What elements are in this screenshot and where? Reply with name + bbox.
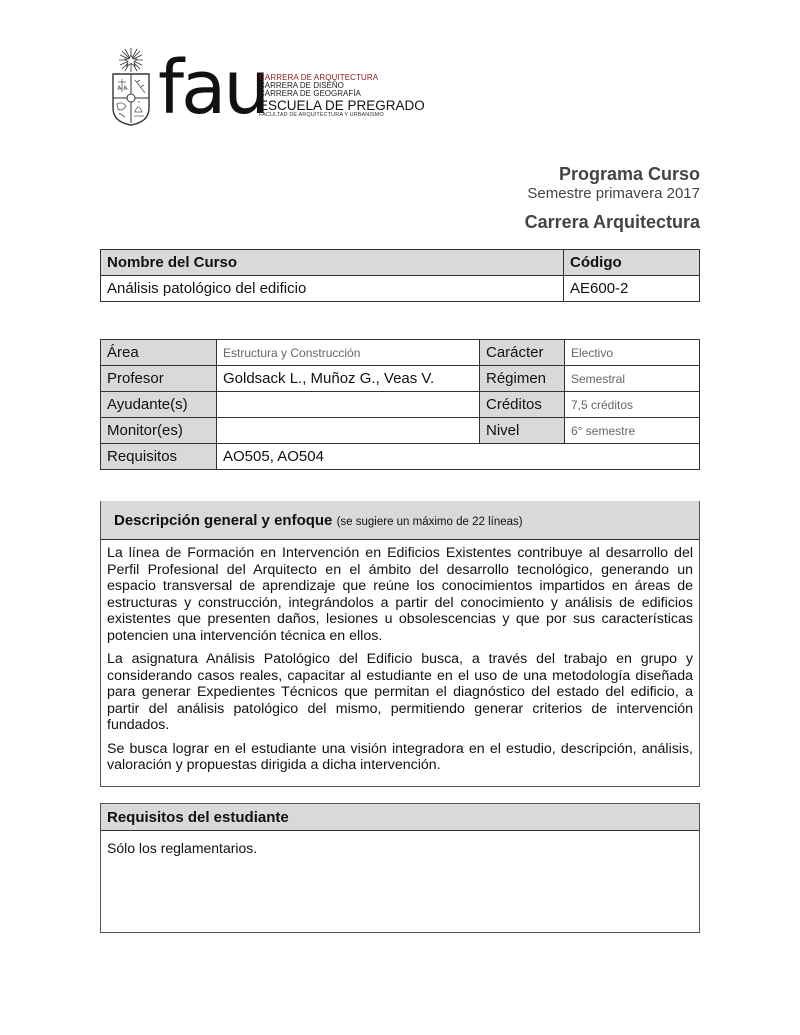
nivel-label: Nivel: [480, 418, 565, 444]
fau-wordmark: fau: [158, 48, 267, 128]
ayudante-label: Ayudante(s): [101, 392, 217, 418]
logo-line-escuela: ESCUELA DE PREGRADO: [259, 99, 425, 113]
description-note: (se sugiere un máximo de 22 líneas): [337, 516, 523, 528]
description-body: La línea de Formación en Intervención en…: [101, 540, 699, 774]
nivel-value: 6° semestre: [565, 418, 700, 444]
title-block: Programa Curso Semestre primavera 2017 C…: [525, 163, 700, 233]
ayudante-value: [217, 392, 480, 418]
student-requirements-section: Requisitos del estudiante Sólo los regla…: [100, 803, 700, 933]
course-info-table: Área Estructura y Construcción Carácter …: [100, 339, 700, 470]
requisitos-value: AO505, AO504: [217, 444, 700, 470]
fau-logo: fau CARRERA DE ARQUITECTURA CARRERA DE D…: [110, 46, 400, 130]
course-table: Nombre del Curso Código Análisis patológ…: [100, 249, 700, 302]
description-paragraph: Se busca lograr en el estudiante una vis…: [107, 741, 693, 774]
course-name-header: Nombre del Curso: [101, 250, 564, 276]
caracter-label: Carácter: [480, 340, 565, 366]
area-value: Estructura y Construcción: [217, 340, 480, 366]
creditos-value: 7,5 créditos: [565, 392, 700, 418]
course-code-header: Código: [564, 250, 700, 276]
description-paragraph: La línea de Formación en Intervención en…: [107, 545, 693, 644]
creditos-label: Créditos: [480, 392, 565, 418]
monitor-value: [217, 418, 480, 444]
area-label: Área: [101, 340, 217, 366]
description-title: Descripción general y enfoque: [114, 512, 332, 529]
student-requirements-text: Sólo los reglamentarios.: [101, 831, 699, 865]
course-name: Análisis patológico del edificio: [101, 276, 564, 302]
monitor-label: Monitor(es): [101, 418, 217, 444]
description-paragraph: La asignatura Análisis Patológico del Ed…: [107, 651, 693, 734]
logo-text: CARRERA DE ARQUITECTURA CARRERA DE DISEÑ…: [259, 74, 425, 118]
page-title: Programa Curso: [525, 163, 700, 185]
semester-label: Semestre primavera 2017: [525, 185, 700, 203]
logo-line-geografia: CARRERA DE GEOGRAFÍA: [259, 90, 425, 98]
course-code: AE600-2: [564, 276, 700, 302]
caracter-value: Electivo: [565, 340, 700, 366]
student-requirements-header: Requisitos del estudiante: [101, 804, 699, 831]
regimen-label: Régimen: [480, 366, 565, 392]
university-crest-icon: [110, 46, 152, 126]
career-label: Carrera Arquitectura: [525, 211, 700, 233]
profesor-value: Goldsack L., Muñoz G., Veas V.: [217, 366, 480, 392]
regimen-value: Semestral: [565, 366, 700, 392]
profesor-label: Profesor: [101, 366, 217, 392]
logo-line-facultad: FACULTAD DE ARQUITECTURA Y URBANISMO: [259, 113, 425, 119]
requisitos-label: Requisitos: [101, 444, 217, 470]
description-header: Descripción general y enfoque (se sugier…: [101, 501, 699, 540]
description-section: Descripción general y enfoque (se sugier…: [100, 501, 700, 787]
